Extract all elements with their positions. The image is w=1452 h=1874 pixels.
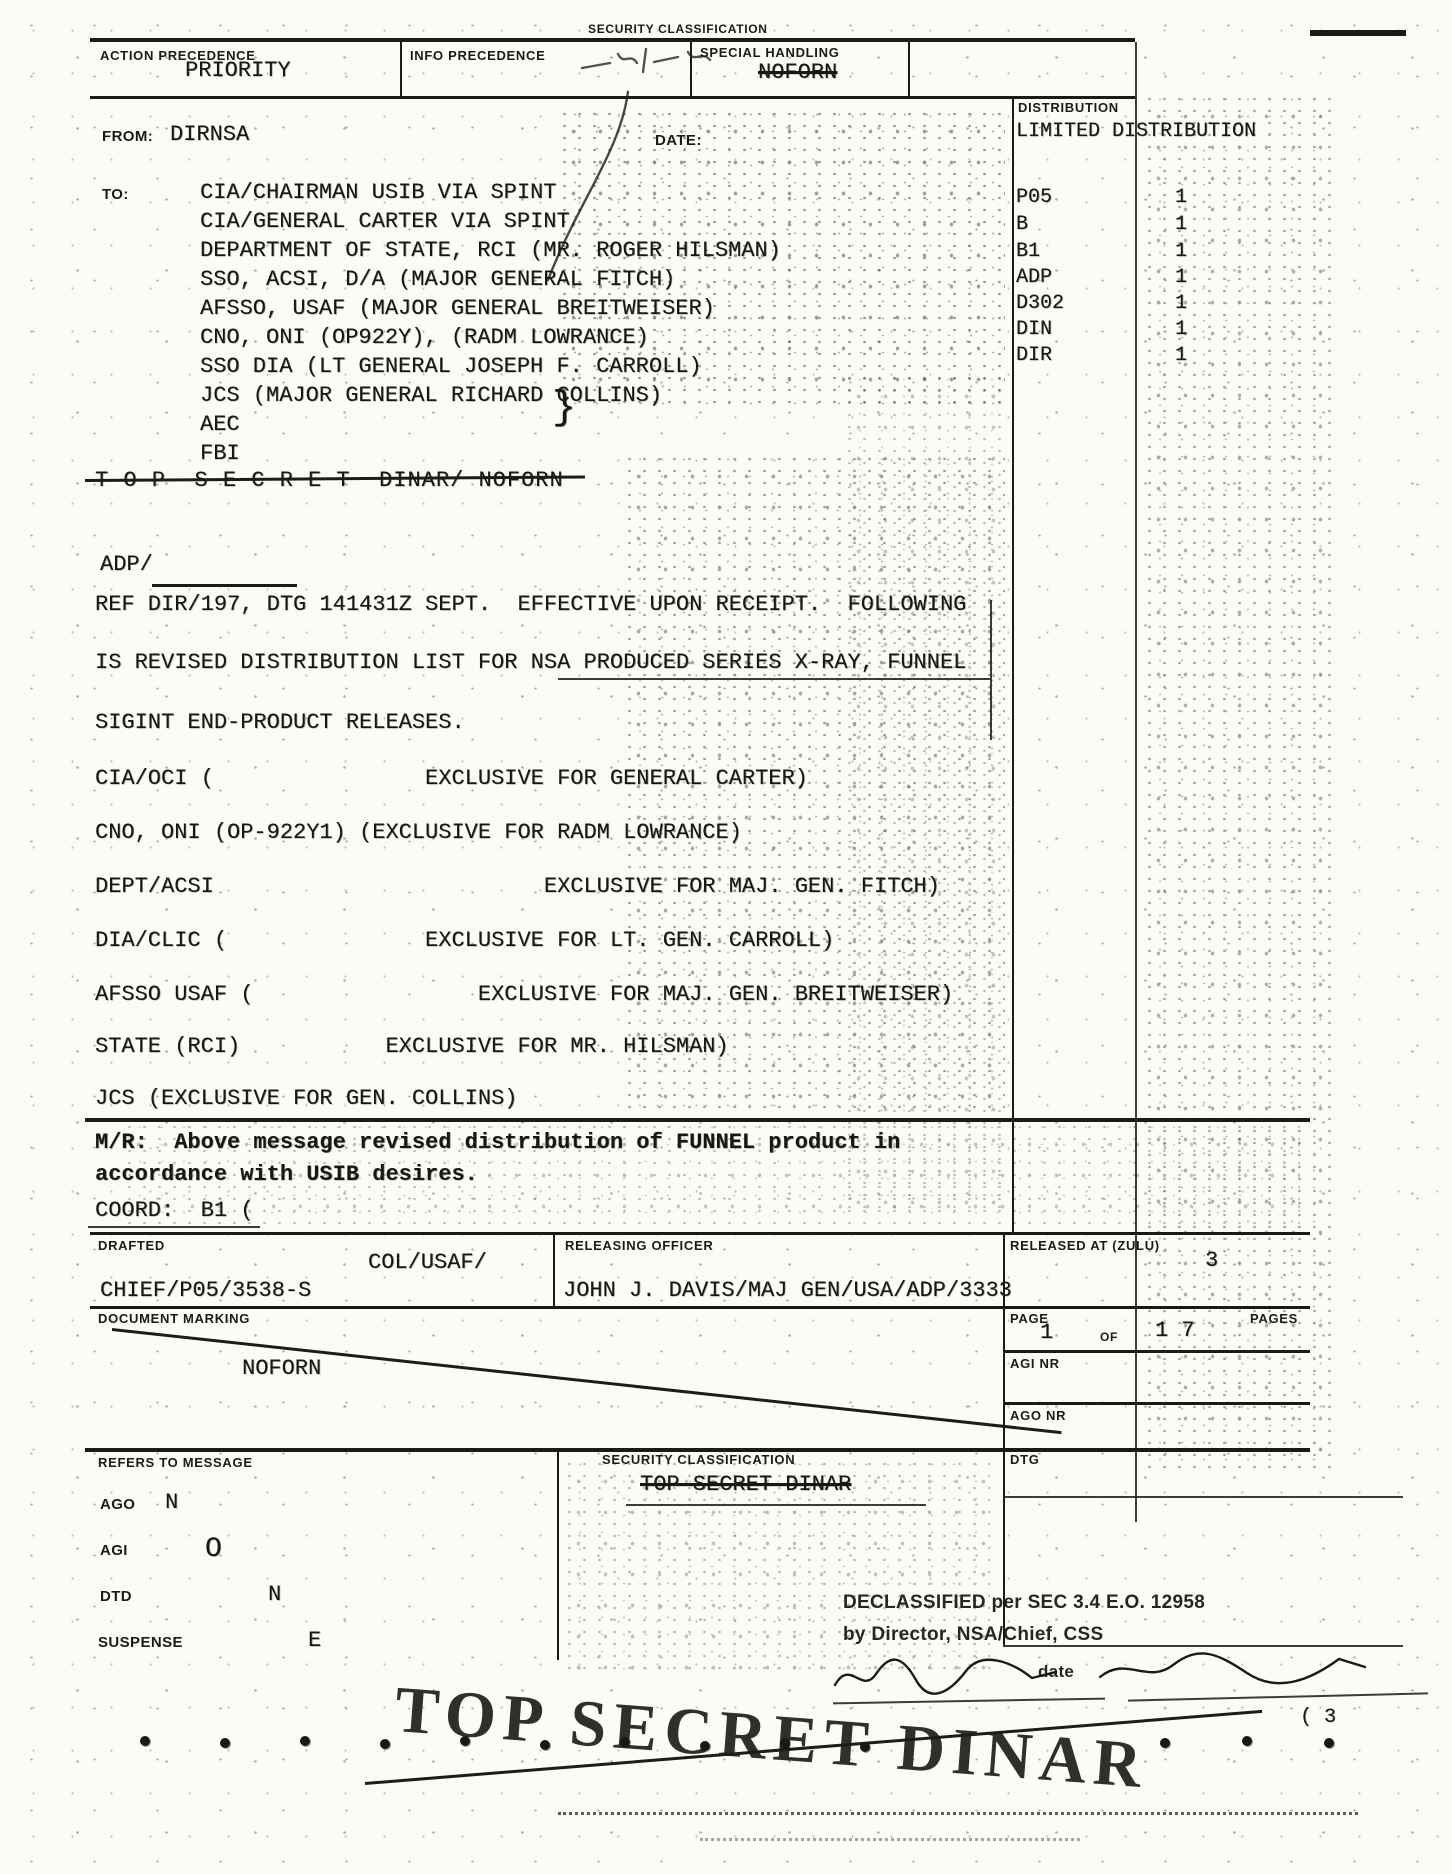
from-label: FROM: [102, 128, 153, 145]
date-label: date [1038, 1662, 1074, 1682]
distribution-code: P05 [1016, 186, 1052, 209]
punch-mark [700, 1741, 710, 1751]
drafted-rank: COL/USAF/ [368, 1250, 487, 1275]
strikethrough-line [112, 1328, 1062, 1434]
to-addressee: CNO, ONI (OP922Y), (RADM LOWRANCE) [200, 325, 649, 350]
distribution-code: B [1016, 213, 1028, 236]
distribution-code: ADP [1016, 266, 1052, 289]
punch-mark [220, 1738, 230, 1748]
from-value: DIRNSA [170, 122, 249, 147]
dtd-field-value: N [268, 1582, 281, 1607]
drafted-office: CHIEF/P05/3538-S [100, 1278, 311, 1303]
scan-mark [1310, 30, 1406, 36]
releasing-officer-label: RELEASING OFFICER [565, 1238, 713, 1253]
punch-mark [140, 1736, 150, 1746]
ago-nr-label: AGO NR [1010, 1408, 1066, 1423]
typed-brace-mark: } [552, 386, 576, 431]
punch-mark [620, 1737, 630, 1747]
punch-mark [300, 1736, 310, 1746]
distribution-value: LIMITED DISTRIBUTION [1016, 120, 1256, 143]
punch-mark [1160, 1738, 1170, 1748]
distribution-count: 1 [1175, 186, 1187, 209]
security-classification-top-label: SECURITY CLASSIFICATION [588, 22, 768, 36]
refers-to-message-label: REFERS TO MESSAGE [98, 1455, 253, 1470]
scan-dotted-line [558, 1812, 1358, 1815]
ago-field-value: N [165, 1490, 178, 1515]
form-line [85, 1118, 1310, 1122]
blank-underline [152, 584, 297, 587]
agi-nr-label: AGI NR [1010, 1356, 1060, 1371]
punch-mark [460, 1736, 470, 1746]
agi-field-label: AGI [100, 1542, 128, 1559]
dtg-label: DTG [1010, 1452, 1040, 1467]
punch-mark [860, 1742, 870, 1752]
of-label: OF [1100, 1330, 1118, 1344]
date-scribble [1095, 1645, 1370, 1693]
punch-mark [540, 1740, 550, 1750]
form-line [400, 42, 402, 97]
to-addressee: AFSSO, USAF (MAJOR GENERAL BREITWEISER) [200, 296, 715, 321]
distribution-count: 1 [1175, 240, 1187, 263]
page-value: 1 [1040, 1320, 1053, 1345]
punch-mark [1324, 1738, 1334, 1748]
underline [626, 1504, 926, 1506]
form-line [1003, 1232, 1005, 1448]
security-classification-bottom-label: SECURITY CLASSIFICATION [602, 1452, 795, 1467]
scan-crease-mark [540, 90, 640, 285]
distribution-count: 1 [1175, 292, 1187, 315]
exclusive-line: DEPT/ACSI EXCLUSIVE FOR MAJ. GEN. FITCH) [95, 874, 940, 899]
exclusive-line: DIA/CLIC ( EXCLUSIVE FOR LT. GEN. CARROL… [95, 928, 834, 953]
action-precedence-value: PRIORITY [185, 58, 291, 83]
exclusive-line: STATE (RCI) EXCLUSIVE FOR MR. HILSMAN) [95, 1034, 729, 1059]
special-handling-value: NOFORN [758, 60, 837, 85]
date-label: DATE: [655, 132, 702, 149]
distribution-code: DIN [1016, 318, 1052, 341]
suspense-field-label: SUSPENSE [98, 1634, 183, 1651]
scan-noise-patch [1140, 90, 1335, 1470]
form-line [908, 42, 910, 97]
punch-mark [1242, 1736, 1252, 1746]
form-line [1135, 42, 1137, 1522]
form-line [90, 1232, 1310, 1235]
document-marking-label: DOCUMENT MARKING [98, 1311, 250, 1326]
to-addressee: JCS (MAJOR GENERAL RICHARD COLLINS) [200, 383, 662, 408]
to-addressee: CIA/GENERAL CARTER VIA SPINT [200, 209, 570, 234]
distribution-count: 1 [1175, 266, 1187, 289]
distribution-count: 1 [1175, 344, 1187, 367]
punch-mark [380, 1739, 390, 1749]
dtd-field-label: DTD [100, 1588, 132, 1605]
scan-noise-patch [840, 370, 1005, 1210]
form-line [557, 1448, 559, 1660]
scan-mark [990, 600, 992, 740]
underline [88, 1226, 260, 1228]
ago-field-label: AGO [100, 1496, 135, 1513]
to-addressee: DEPARTMENT OF STATE, RCI (MR. ROGER HILS… [200, 238, 781, 263]
suspense-field-value: E [308, 1628, 321, 1653]
agi-field-value: O [205, 1534, 222, 1565]
exclusive-line: AFSSO USAF ( EXCLUSIVE FOR MAJ. GEN. BRE… [95, 982, 953, 1007]
body-line: REF DIR/197, DTG 141431Z SEPT. EFFECTIVE… [95, 592, 966, 617]
mr-line: M/R: Above message revised distribution … [95, 1130, 900, 1155]
exclusive-line: CNO, ONI (OP-922Y1) (EXCLUSIVE FOR RADM … [95, 820, 742, 845]
security-classification-bottom-value: TOP SECRET DINAR [640, 1472, 851, 1497]
info-precedence-label: INFO PRECEDENCE [410, 48, 545, 63]
to-label: TO: [102, 186, 129, 203]
form-line [553, 1232, 555, 1308]
exclusive-line: CIA/OCI ( EXCLUSIVE FOR GENERAL CARTER) [95, 766, 808, 791]
mr-line: accordance with USIB desires. [95, 1162, 478, 1187]
punch-mark [780, 1738, 790, 1748]
distribution-count: 1 [1175, 213, 1187, 236]
released-at-label: RELEASED AT (ZULU) [1010, 1238, 1160, 1253]
date-line [1128, 1692, 1428, 1701]
scanned-message-form: SECURITY CLASSIFICATION ACTION PRECEDENC… [0, 0, 1452, 1874]
form-line [1003, 1350, 1310, 1353]
declassified-line2: by Director, NSA/Chief, CSS [843, 1624, 1103, 1646]
to-addressee: SSO DIA (LT GENERAL JOSEPH F. CARROLL) [200, 354, 702, 379]
to-addressee: CIA/CHAIRMAN USIB VIA SPINT [200, 180, 556, 205]
underline [558, 678, 990, 680]
distribution-code: D302 [1016, 292, 1064, 315]
drafted-label: DRAFTED [98, 1238, 165, 1253]
form-line [1003, 1496, 1403, 1498]
document-marking-value: NOFORN [242, 1356, 321, 1381]
exclusive-line: JCS (EXCLUSIVE FOR GEN. COLLINS) [95, 1086, 517, 1111]
body-line: IS REVISED DISTRIBUTION LIST FOR NSA PRO… [95, 650, 966, 675]
to-addressee: FBI [200, 441, 240, 466]
pages-value: 1 7 [1155, 1318, 1195, 1343]
to-addressee: AEC [200, 412, 240, 437]
form-line [90, 38, 1135, 42]
distribution-code: B1 [1016, 240, 1040, 263]
form-line [1012, 96, 1014, 1232]
pencil-marks [580, 44, 760, 84]
adp-line: ADP/ [100, 552, 153, 577]
coord-line: COORD: B1 ( [95, 1198, 253, 1223]
form-line [90, 1306, 1310, 1309]
scan-dotted-line [700, 1838, 1080, 1841]
distribution-count: 1 [1175, 318, 1187, 341]
corner-mark: ( 3 [1300, 1706, 1336, 1729]
pages-label: PAGES [1250, 1311, 1298, 1326]
distribution-code: DIR [1016, 344, 1052, 367]
released-at-mark: 3 [1205, 1248, 1218, 1273]
form-line [1003, 1402, 1310, 1405]
declassified-line1: DECLASSIFIED per SEC 3.4 E.O. 12958 [843, 1592, 1205, 1614]
form-line [1003, 1448, 1005, 1645]
signature [830, 1650, 1060, 1700]
releasing-officer-value: JOHN J. DAVIS/MAJ GEN/USA/ADP/3333 [563, 1278, 1012, 1303]
body-line: SIGINT END-PRODUCT RELEASES. [95, 710, 465, 735]
distribution-label: DISTRIBUTION [1018, 100, 1119, 115]
